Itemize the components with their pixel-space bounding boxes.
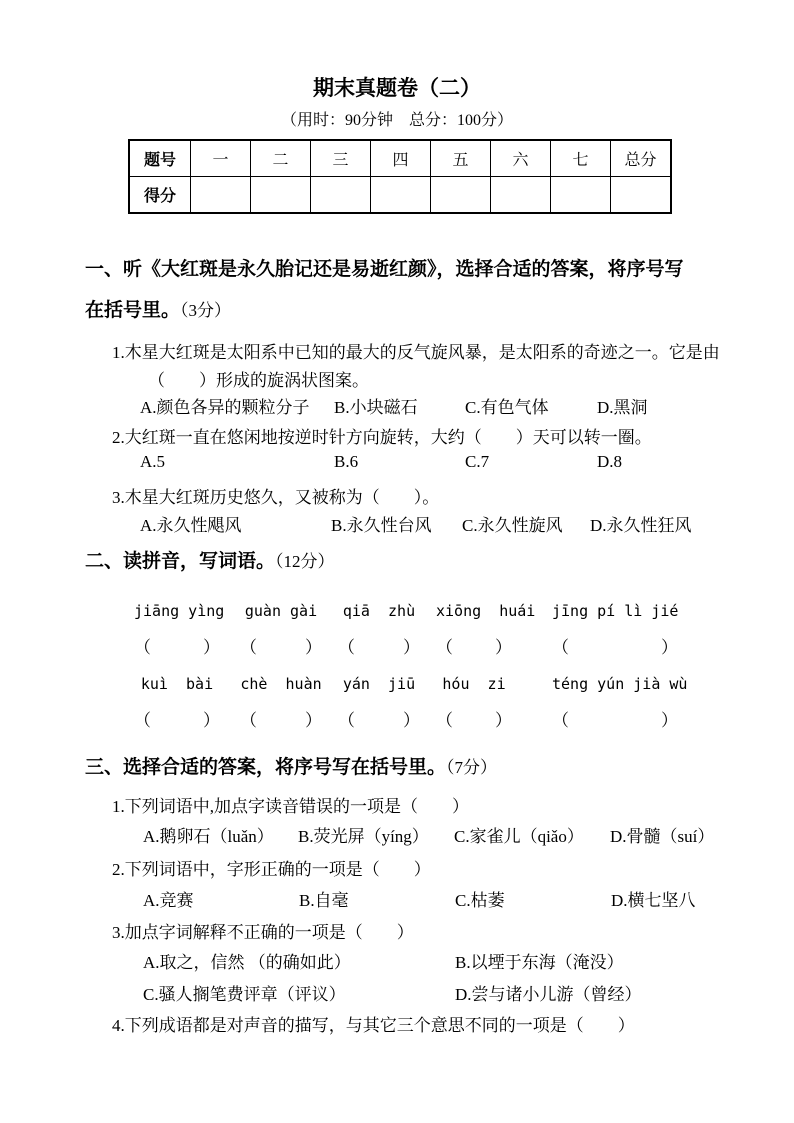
score-table-cell: 一 bbox=[191, 140, 251, 177]
score-table-cell: 四 bbox=[371, 140, 431, 177]
option-item: C.骚人搁笔费评章（评议） bbox=[143, 980, 346, 1005]
paren-close: ） bbox=[305, 711, 322, 731]
pinyin-group: jīng pí lì jié （） bbox=[552, 601, 678, 658]
pinyin-word: chè huàn bbox=[240, 674, 322, 694]
section3-q1-options: A.鹅卵石（luǎn） B.荧光屏（yíng） C.家雀儿（qiǎo） D.骨髓… bbox=[0, 822, 794, 844]
paren-open: （ bbox=[240, 711, 257, 731]
score-cell-empty bbox=[311, 177, 371, 214]
section1-q1-line1: 1.木星大红斑是太阳系中已知的最大的反气旋风暴，是太阳系的奇迹之一。它是由 bbox=[112, 338, 720, 363]
section1-q1-line2: （ ）形成的旋涡状图案。 bbox=[148, 366, 369, 391]
section3-heading-text: 三、选择合适的答案，将序号写在括号里。 bbox=[85, 757, 446, 778]
answer-parens: （） bbox=[338, 638, 420, 658]
section3-q3-options-row1: A.取之，信然 （的确如此） B.以堙于东海（淹没） bbox=[0, 948, 794, 970]
score-table-cell: 七 bbox=[551, 140, 611, 177]
score-table-cell: 三 bbox=[311, 140, 371, 177]
paren-open: （ bbox=[134, 711, 151, 731]
section1-q2-options: A.5 B.6 C.7 D.8 bbox=[0, 452, 794, 474]
paren-open: （ bbox=[552, 711, 569, 731]
pinyin-group: hóu zi （） bbox=[436, 674, 512, 731]
score-cell-empty bbox=[611, 177, 672, 214]
pinyin-word: yán jiū bbox=[338, 674, 420, 694]
paren-close: ） bbox=[403, 638, 420, 658]
paren-open: （ bbox=[436, 638, 453, 658]
option-item: D.黑洞 bbox=[597, 393, 648, 418]
pinyin-group: jiāng yìng （） bbox=[134, 601, 220, 658]
pinyin-word: jiāng yìng bbox=[134, 601, 220, 621]
paren-open: （ bbox=[338, 638, 355, 658]
option-item: B.永久性台风 bbox=[331, 511, 432, 536]
answer-parens: （） bbox=[552, 711, 678, 731]
option-item: A.鹅卵石（luǎn） bbox=[143, 822, 274, 847]
option-item: D.8 bbox=[597, 452, 622, 472]
pinyin-word: jīng pí lì jié bbox=[552, 601, 678, 621]
option-item: A.5 bbox=[140, 452, 165, 472]
section3-q1: 1.下列词语中,加点字读音错误的一项是（ ） bbox=[112, 792, 469, 817]
paren-open: （ bbox=[240, 638, 257, 658]
section2-heading-text: 二、读拼音，写词语。 bbox=[85, 551, 275, 572]
score-table-cell-label: 题号 bbox=[129, 140, 191, 177]
option-item: A.永久性飓风 bbox=[140, 511, 242, 536]
score-table-cell: 六 bbox=[491, 140, 551, 177]
section3-heading: 三、选择合适的答案，将序号写在括号里。（7分） bbox=[85, 752, 497, 779]
option-item: C.7 bbox=[465, 452, 489, 472]
answer-parens: （） bbox=[436, 638, 512, 658]
section1-q1-options: A.颜色各异的颗粒分子 B.小块磁石 C.有色气体 D.黑洞 bbox=[0, 393, 794, 415]
section3-q4: 4.下列成语都是对声音的描写，与其它三个意思不同的一项是（ ） bbox=[112, 1011, 635, 1036]
pinyin-group: chè huàn （） bbox=[240, 674, 322, 731]
paren-close: ） bbox=[661, 638, 678, 658]
paren-close: ） bbox=[305, 638, 322, 658]
score-cell-empty bbox=[191, 177, 251, 214]
pinyin-group: yán jiū （） bbox=[338, 674, 420, 731]
option-item: D.横七坚八 bbox=[611, 886, 696, 911]
option-item: C.枯萎 bbox=[455, 886, 505, 911]
option-item: B.以堙于东海（淹没） bbox=[455, 948, 624, 973]
paren-close: ） bbox=[403, 711, 420, 731]
paren-open: （ bbox=[436, 711, 453, 731]
option-item: C.永久性旋风 bbox=[462, 511, 563, 536]
section1-q2: 2.大红斑一直在悠闲地按逆时针方向旋转，大约（ ）天可以转一圈。 bbox=[112, 423, 652, 448]
section1-q3-options: A.永久性飓风 B.永久性台风 C.永久性旋风 D.永久性狂风 bbox=[0, 511, 794, 533]
paren-close: ） bbox=[495, 711, 512, 731]
section1-score: （3分） bbox=[180, 301, 231, 320]
section3-score: （7分） bbox=[446, 758, 497, 777]
page-title: 期末真题卷（二） bbox=[0, 72, 794, 102]
pinyin-word: guàn gài bbox=[240, 601, 322, 621]
score-row-label: 得分 bbox=[129, 177, 191, 214]
pinyin-group: qiā zhù （） bbox=[338, 601, 420, 658]
score-cell-empty bbox=[371, 177, 431, 214]
pinyin-group: xiōng huái （） bbox=[436, 601, 512, 658]
option-item: B.6 bbox=[334, 452, 358, 472]
paren-close: ） bbox=[203, 638, 220, 658]
paren-open: （ bbox=[338, 711, 355, 731]
score-table: 题号 一 二 三 四 五 六 七 总分 得分 bbox=[128, 139, 672, 214]
section3-q2-options: A.竞赛 B.自毫 C.枯萎 D.横七坚八 bbox=[0, 886, 794, 908]
section3-q2: 2.下列词语中，字形正确的一项是（ ） bbox=[112, 855, 431, 880]
option-item: A.颜色各异的颗粒分子 bbox=[140, 393, 310, 418]
pinyin-word: téng yún jià wù bbox=[552, 674, 678, 694]
section3-q3-options-row2: C.骚人搁笔费评章（评议） D.尝与诸小儿游（曾经） bbox=[0, 980, 794, 1002]
section3-q3: 3.加点字词解释不正确的一项是（ ） bbox=[112, 918, 414, 943]
score-table-score-row: 得分 bbox=[129, 177, 671, 214]
score-cell-empty bbox=[491, 177, 551, 214]
paren-close: ） bbox=[661, 711, 678, 731]
option-item: B.荧光屏（yíng） bbox=[298, 822, 429, 847]
score-table-cell: 总分 bbox=[611, 140, 672, 177]
page-subtitle: （用时：90分钟 总分：100分） bbox=[0, 107, 794, 130]
option-item: B.小块磁石 bbox=[334, 393, 418, 418]
section2-score: （12分） bbox=[275, 552, 335, 571]
score-cell-empty bbox=[251, 177, 311, 214]
paren-open: （ bbox=[134, 638, 151, 658]
answer-parens: （） bbox=[436, 711, 512, 731]
answer-parens: （） bbox=[338, 711, 420, 731]
option-item: D.尝与诸小儿游（曾经） bbox=[455, 980, 642, 1005]
exam-paper-page: 期末真题卷（二） （用时：90分钟 总分：100分） 题号 一 二 三 四 五 … bbox=[0, 0, 794, 1123]
pinyin-group: téng yún jià wù （） bbox=[552, 674, 678, 731]
paren-close: ） bbox=[495, 638, 512, 658]
pinyin-group: guàn gài （） bbox=[240, 601, 322, 658]
pinyin-word: hóu zi bbox=[436, 674, 512, 694]
section2-heading: 二、读拼音，写词语。（12分） bbox=[85, 546, 335, 573]
option-item: D.永久性狂风 bbox=[590, 511, 692, 536]
option-item: C.家雀儿（qiǎo） bbox=[454, 822, 584, 847]
answer-parens: （） bbox=[134, 638, 220, 658]
option-item: D.骨髓（suí） bbox=[610, 822, 714, 847]
answer-parens: （） bbox=[240, 711, 322, 731]
paren-open: （ bbox=[552, 638, 569, 658]
pinyin-word: kuì bài bbox=[134, 674, 220, 694]
score-table-cell: 五 bbox=[431, 140, 491, 177]
section1-heading-line1: 一、听《大红斑是永久胎记还是易逝红颜》，选择合适的答案，将序号写 bbox=[85, 254, 684, 281]
score-table-header-row: 题号 一 二 三 四 五 六 七 总分 bbox=[129, 140, 671, 177]
option-item: C.有色气体 bbox=[465, 393, 549, 418]
pinyin-group: kuì bài （） bbox=[134, 674, 220, 731]
answer-parens: （） bbox=[134, 711, 220, 731]
score-cell-empty bbox=[551, 177, 611, 214]
paren-close: ） bbox=[203, 711, 220, 731]
section1-heading-line2: 在括号里。（3分） bbox=[85, 295, 231, 322]
option-item: A.取之，信然 （的确如此） bbox=[143, 948, 351, 973]
option-item: B.自毫 bbox=[299, 886, 349, 911]
section1-heading-line2-text: 在括号里。 bbox=[85, 300, 180, 321]
pinyin-word: qiā zhù bbox=[338, 601, 420, 621]
score-table-cell: 二 bbox=[251, 140, 311, 177]
section1-q3: 3.木星大红斑历史悠久，又被称为（ ）。 bbox=[112, 483, 439, 508]
option-item: A.竞赛 bbox=[143, 886, 194, 911]
score-cell-empty bbox=[431, 177, 491, 214]
pinyin-word: xiōng huái bbox=[436, 601, 512, 621]
answer-parens: （） bbox=[240, 638, 322, 658]
answer-parens: （） bbox=[552, 638, 678, 658]
